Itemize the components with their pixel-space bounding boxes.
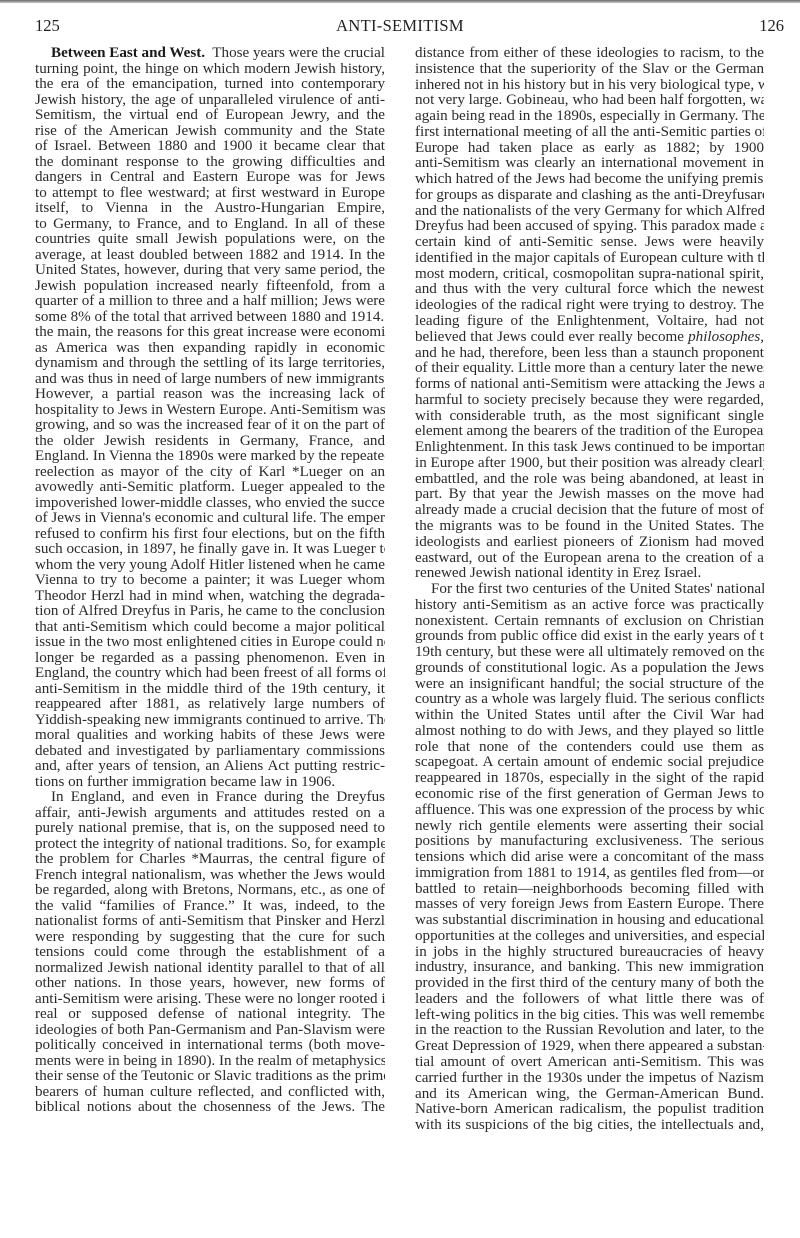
text-line: biblical notions about the chosenness of…: [35, 1100, 385, 1116]
text-line: not very large. Gobineau, who had been h…: [415, 93, 764, 109]
running-header: 125 ANTI-SEMITISM 126: [0, 16, 800, 40]
text-line: Europe had taken place as early as 1882;…: [415, 141, 764, 157]
text-line: to Germany, to France, and to England. I…: [35, 217, 385, 233]
text-line: scapegoat. A certain amount of endemic s…: [415, 755, 764, 771]
text-line: grounds from public office did exist in …: [415, 629, 764, 645]
text-line: grounds of constitutional logic. As a po…: [415, 661, 764, 677]
text-line: England, the country which had been free…: [35, 666, 385, 682]
text-line: issue in the two most enlightened cities…: [35, 635, 385, 651]
text-line: Theodor Herzl had in mind when, watching…: [35, 589, 385, 605]
text-line: certain kind of anti-Semitic sense. Jews…: [415, 235, 764, 251]
text-line: Great Depression of 1929, when there app…: [415, 1039, 764, 1055]
text-line: insistence that the superiority of the S…: [415, 62, 764, 78]
text-line: hospitality to Jews in Western Europe. A…: [35, 403, 385, 419]
text-line: the era of the emancipation, turned into…: [35, 77, 385, 93]
text-line: most modern, critical, cosmopolitan supr…: [415, 267, 764, 283]
text-line: harmful to society precisely because the…: [415, 393, 764, 409]
text-line: whom the very young Adolf Hitler listene…: [35, 558, 385, 574]
text-line: anti-Semitism was clearly an internation…: [415, 156, 764, 172]
text-line: was substantial discrimination in housin…: [415, 913, 764, 929]
text-line: rise of the American Jewish community an…: [35, 124, 385, 140]
text-line: growing, and so was the increased fear o…: [35, 418, 385, 434]
text-line: Semitism, the virtual end of European Je…: [35, 108, 385, 124]
text-line: protect the integrity of national tradit…: [35, 837, 385, 853]
text-line: provided in the first third of the centu…: [415, 976, 764, 992]
text-line: leading figure of the Enlightenment, Vol…: [415, 314, 764, 330]
text-line: anti-Semitism were arising. These were n…: [35, 992, 385, 1008]
text-line: refused to confirm his first four electi…: [35, 527, 385, 543]
text-line: positions by manufacturing exclusiveness…: [415, 834, 764, 850]
text-line: longer be regarded as a passing phenomen…: [35, 651, 385, 667]
text-line: immigration from 1881 to 1914, as gentil…: [415, 866, 764, 882]
text-line: itself, to Vienna in the Austro-Hungaria…: [35, 201, 385, 217]
text-line: some 8% of the total that arrived betwee…: [35, 310, 385, 326]
text-line: impoverished lower-middle classes, who e…: [35, 496, 385, 512]
text-line: tensions which did arise were a concomit…: [415, 850, 764, 866]
text-line: reelection as mayor of the city of Karl …: [35, 465, 385, 481]
text-line: average, at least doubled between 1882 a…: [35, 248, 385, 264]
text-line: anti-Semitism in the middle third of the…: [35, 682, 385, 698]
text-line: ideologies of the radical right were try…: [415, 298, 764, 314]
text-line: ments were in being in 1890). In the rea…: [35, 1054, 385, 1070]
text-line: economic rise of the first generation of…: [415, 787, 764, 803]
text-line: ideologists and earliest pioneers of Zio…: [415, 535, 764, 551]
text-line: opportunities at the colleges and univer…: [415, 929, 764, 945]
text-line: tions on further immigration became law …: [35, 775, 385, 791]
text-line: normalized Jewish national identity para…: [35, 961, 385, 977]
text-line: of Jews in Vienna's economic and cultura…: [35, 511, 385, 527]
text-line: in the reaction to the Russian Revolutio…: [415, 1023, 764, 1039]
section-heading: Between East and West.: [51, 46, 205, 61]
text-line: and was thus in need of large numbers of…: [35, 372, 385, 388]
text-line: the problem for Charles *Maurras, the ce…: [35, 852, 385, 868]
text-line: newly rich gentile elements were asserti…: [415, 819, 764, 835]
text-line: believed that Jews could ever really bec…: [415, 330, 764, 346]
left-column: Between East and West. Those years were …: [35, 46, 385, 1116]
text-line: United States, however, during that very…: [35, 263, 385, 279]
text-line: nonexistent. Certain remnants of exclusi…: [415, 614, 764, 630]
text-line: and he had, therefore, been less than a …: [415, 346, 764, 362]
text-line: quarter of a million to three and a half…: [35, 294, 385, 310]
italic-term: philosophes,: [688, 330, 764, 345]
text-line: for groups as disparate and clashing as …: [415, 188, 764, 204]
text-line: with considerable truth, as the most sig…: [415, 409, 764, 425]
text-line: and its American wing, the German-Americ…: [415, 1087, 764, 1103]
text-line: real or supposed defense of national int…: [35, 1007, 385, 1023]
text-line: industry, insurance, and banking. This n…: [415, 960, 764, 976]
text-line: almost nothing to do with Jews, and they…: [415, 724, 764, 740]
text-line: again being read in the 1890s, especiall…: [415, 109, 764, 125]
text-line: the older Jewish residents in Germany, F…: [35, 434, 385, 450]
text-line: Jewish history, the age of unparalleled …: [35, 93, 385, 109]
text-line: the main, the reasons for this great inc…: [35, 325, 385, 341]
text-line: Vienna to try to become a painter; it wa…: [35, 573, 385, 589]
text-line: element among the bearers of the traditi…: [415, 424, 764, 440]
text-line: the migrants was to be found in the Unit…: [415, 519, 764, 535]
text-line: moral qualities and working habits of th…: [35, 728, 385, 744]
text-line: In England, and even in France during th…: [35, 790, 385, 806]
text-line: and, after years of tension, an Aliens A…: [35, 759, 385, 775]
text-line: left-wing politics in the big cities. Th…: [415, 1008, 764, 1024]
text-line: that anti-Semitism which could become a …: [35, 620, 385, 636]
text-line: embattled, and the role was being abando…: [415, 472, 764, 488]
text-line: of Israel. Between 1880 and 1900 it beca…: [35, 139, 385, 155]
text-line: leaders and the followers of what little…: [415, 992, 764, 1008]
text-line: carried further in the 1930s under the i…: [415, 1071, 764, 1087]
text-line: other nations. In those years, however, …: [35, 976, 385, 992]
text-line: in Europe after 1900, but their position…: [415, 456, 764, 472]
text-line: politically conceived in international t…: [35, 1038, 385, 1054]
text-line: Yiddish-speaking new immigrants continue…: [35, 713, 385, 729]
text-line: eastward, out of the European arena to t…: [415, 551, 764, 567]
text-line: dangers in Central and Eastern Europe wa…: [35, 170, 385, 186]
text-line: within the United States until after the…: [415, 708, 764, 724]
text-line: and the nationalists of the very Germany…: [415, 204, 764, 220]
text-line: part. By that year the Jewish masses on …: [415, 487, 764, 503]
text-line: For the first two centuries of the Unite…: [415, 582, 764, 598]
text-line: ideologies of both Pan-Germanism and Pan…: [35, 1023, 385, 1039]
text-line: masses of very foreign Jews from Eastern…: [415, 897, 764, 913]
text-line: as America was then expanding rapidly in…: [35, 341, 385, 357]
text-line: affair, anti-Jewish arguments and attitu…: [35, 806, 385, 822]
text-line: country as a whole was largely fluid. Th…: [415, 692, 764, 708]
page-number-right: 126: [759, 16, 784, 36]
right-column: distance from either of these ideologies…: [415, 46, 764, 1134]
text-line: be regarded, along with Bretons, Normans…: [35, 883, 385, 899]
text-line: avowedly anti-Semitic platform. Lueger a…: [35, 480, 385, 496]
text-line: Dreyfus had been accused of spying. This…: [415, 219, 764, 235]
text-line: reappeared after 1881, as relatively lar…: [35, 697, 385, 713]
text-line: battled to retain—neighborhoods becoming…: [415, 882, 764, 898]
text-line: with its suspicions of the big cities, t…: [415, 1118, 764, 1134]
text-line: debated and investigated by parliamentar…: [35, 744, 385, 760]
text-line: role that none of the contenders could u…: [415, 740, 764, 756]
text-line: countries quite small Jewish populations…: [35, 232, 385, 248]
text-line: of their equality. Little more than a ce…: [415, 361, 764, 377]
text-line: to attempt to flee westward; at first we…: [35, 186, 385, 202]
text-line: However, a partial reason was the increa…: [35, 387, 385, 403]
text-line: and thus with the very cultural force wh…: [415, 282, 764, 298]
text-line: inhered not in his history but in his ve…: [415, 78, 764, 94]
text-line: turning point, the hinge on which modern…: [35, 62, 385, 78]
text-line: bearers of human culture reflected, and …: [35, 1085, 385, 1101]
text-line: affluence. This was one expression of th…: [415, 803, 764, 819]
text-line: already made a crucial decision that the…: [415, 503, 764, 519]
text-line: which hatred of the Jews had become the …: [415, 172, 764, 188]
text-line: such occasion, in 1897, he finally gave …: [35, 542, 385, 558]
text-line: tial amount of overt American anti-Semit…: [415, 1055, 764, 1071]
text-line: the dominant response to the growing dif…: [35, 155, 385, 171]
text-line: renewed Jewish national identity in Ereẓ…: [415, 566, 764, 582]
text-line: in jobs in the highly structured bureauc…: [415, 945, 764, 961]
text-line: identified in the major capitals of Euro…: [415, 251, 764, 267]
text-line: the valid “families of France.” It was, …: [35, 899, 385, 915]
text-line: Jewish population increased nearly fifte…: [35, 279, 385, 295]
text-line: tensions could come through the establis…: [35, 945, 385, 961]
text-line: 19th century, but these were all ultimat…: [415, 645, 764, 661]
text-line: history anti-Semitism as an active force…: [415, 598, 764, 614]
text-line: reappeared in 1870s, especially in the s…: [415, 771, 764, 787]
text-line: nationalist forms of anti-Semitism that …: [35, 914, 385, 930]
text-line: French integral nationalism, was whether…: [35, 868, 385, 884]
text-line: England. In Vienna the 1890s were marked…: [35, 449, 385, 465]
text-line: were responding by suggesting that the c…: [35, 930, 385, 946]
text-line: purely national premise, that is, on the…: [35, 821, 385, 837]
text-line: tion of Alfred Dreyfus in Paris, he came…: [35, 604, 385, 620]
text-line: forms of national anti-Semitism were att…: [415, 377, 764, 393]
scan-top-edge: [0, 0, 800, 3]
text-line: Enlightenment. In this task Jews continu…: [415, 440, 764, 456]
text-line: Native-born American radicalism, the pop…: [415, 1102, 764, 1118]
text-line: their sense of the Teutonic or Slavic tr…: [35, 1069, 385, 1085]
text-line: dynamism and through the settling of its…: [35, 356, 385, 372]
text-line: distance from either of these ideologies…: [415, 46, 764, 62]
text-line: Between East and West. Those years were …: [35, 46, 385, 62]
page-title: ANTI-SEMITISM: [0, 16, 800, 36]
text-line: first international meeting of all the a…: [415, 125, 764, 141]
text-line: were an insignificant handful; the socia…: [415, 677, 764, 693]
